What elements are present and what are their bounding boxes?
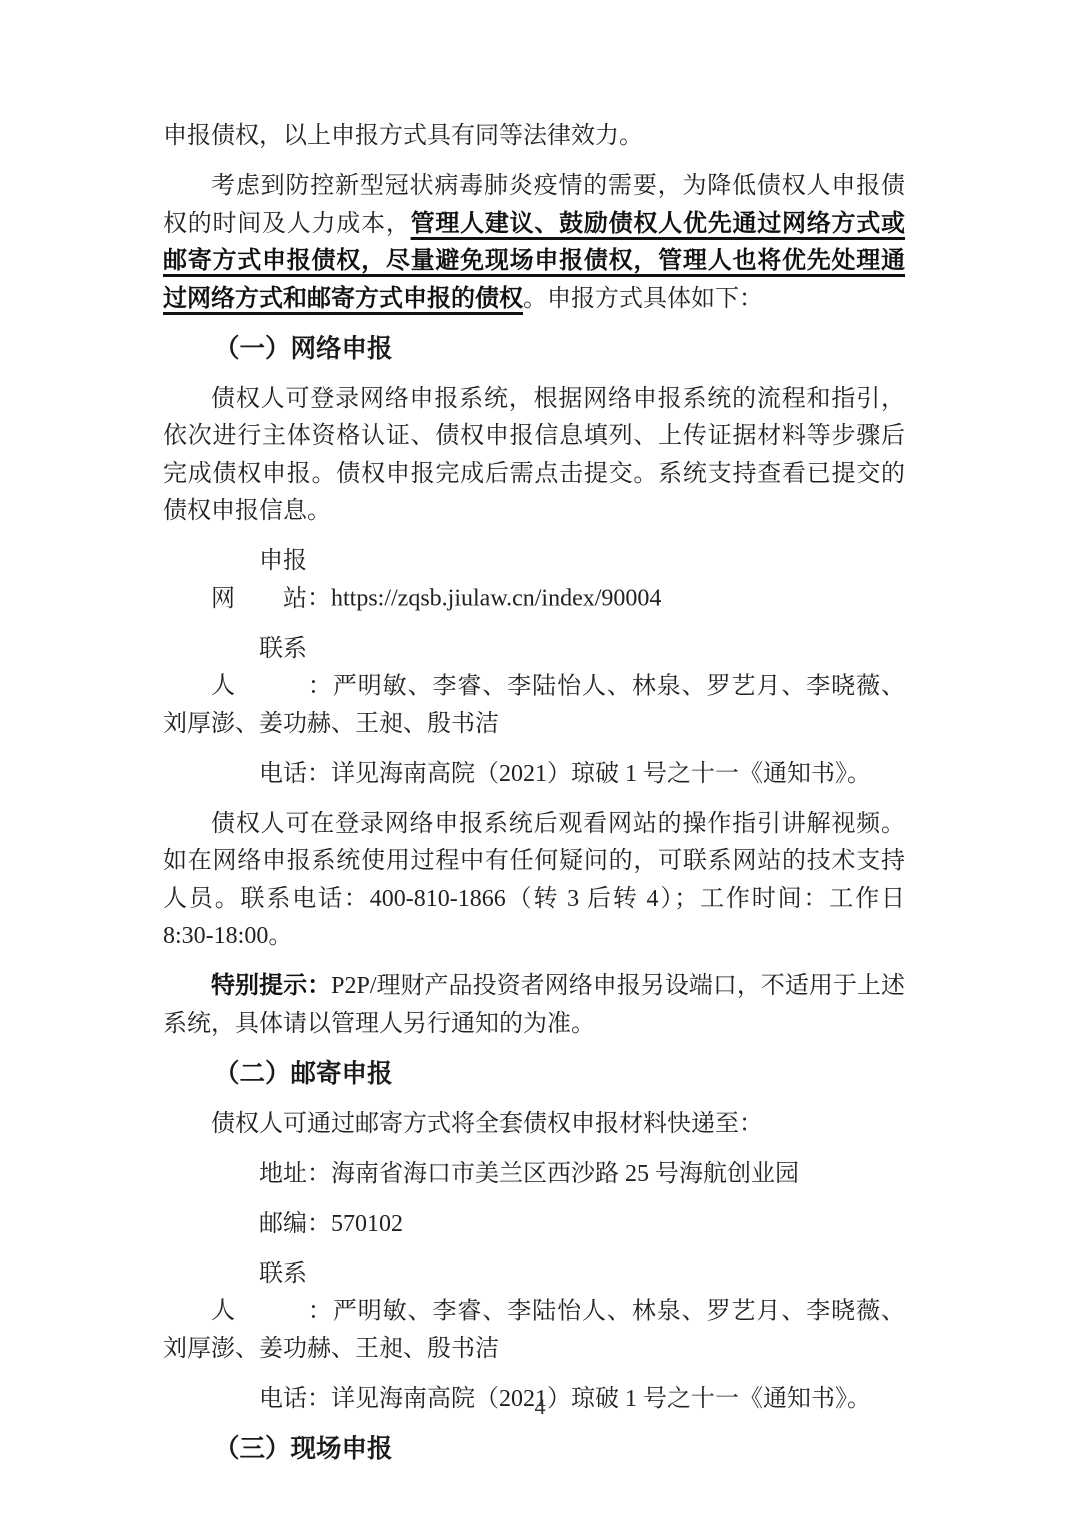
online-contacts-colon: ： <box>307 673 333 699</box>
postcode-colon: ： <box>307 1211 331 1237</box>
paragraph-video-support: 债权人可在登录网络申报系统后观看网站的操作指引讲解视频。如在网络申报系统使用过程… <box>163 806 905 956</box>
online-system-steps-text: 债权人可登录网络申报系统，根据网络申报系统的流程和指引，依次进行主体资格认证、债… <box>163 386 905 525</box>
online-phone-colon: ： <box>307 761 331 787</box>
video-support-text: 债权人可在登录网络申报系统后观看网站的操作指引讲解视频。如在网络申报系统使用过程… <box>163 811 905 950</box>
online-phone-value: 详见海南高院（2021）琼破 1 号之十一《通知书》。 <box>331 761 871 787</box>
mail-intro-text: 债权人可通过邮寄方式将全套债权申报材料快递至： <box>211 1111 763 1137</box>
website-colon: ： <box>307 586 331 612</box>
mail-heading-text: （二）邮寄申报 <box>214 1060 393 1088</box>
mail-contacts-label: 联系人 <box>211 1256 307 1331</box>
paragraph-mail-intro: 债权人可通过邮寄方式将全套债权申报材料快递至： <box>163 1106 905 1144</box>
line-mail-address: 地址：海南省海口市美兰区西沙路 25 号海航创业园 <box>163 1156 905 1194</box>
section-heading-online-declaration: （一）网络申报 <box>163 331 905 369</box>
continuation-text: 申报债权，以上申报方式具有同等法律效力。 <box>163 123 643 149</box>
online-heading-text: （一）网络申报 <box>214 335 393 363</box>
address-colon: ： <box>307 1161 331 1187</box>
paragraph-online-system-steps: 债权人可登录网络申报系统，根据网络申报系统的流程和指引，依次进行主体资格认证、债… <box>163 381 905 531</box>
paragraph-special-notice: 特别提示：P2P/理财产品投资者网络申报另设端口，不适用于上述系统，具体请以管理… <box>163 968 905 1043</box>
special-notice-label: 特别提示： <box>211 973 331 999</box>
address-label: 地址 <box>211 1156 307 1194</box>
postcode-label: 邮编 <box>211 1206 307 1244</box>
website-url: https://zqsb.jiulaw.cn/index/90004 <box>331 586 661 612</box>
online-contacts-label: 联系人 <box>211 631 307 706</box>
section-heading-onsite-declaration: （三）现场申报 <box>163 1431 905 1469</box>
address-value: 海南省海口市美兰区西沙路 25 号海航创业园 <box>331 1161 799 1187</box>
line-online-phone: 电话：详见海南高院（2021）琼破 1 号之十一《通知书》。 <box>163 756 905 794</box>
mail-contacts-colon: ： <box>307 1298 333 1324</box>
paragraph-continuation: 申报债权，以上申报方式具有同等法律效力。 <box>163 118 905 156</box>
section-heading-mail-declaration: （二）邮寄申报 <box>163 1056 905 1094</box>
paragraph-covid-advice: 考虑到防控新型冠状病毒肺炎疫情的需要，为降低债权人申报债权的时间及人力成本，管理… <box>163 168 905 318</box>
postcode-value: 570102 <box>331 1211 403 1237</box>
line-mail-contacts: 联系人：严明敏、李睿、李陆怡人、林泉、罗艺月、李晓薇、刘厚澎、姜功赫、王昶、殷书… <box>163 1256 905 1369</box>
onsite-heading-text: （三）现场申报 <box>214 1435 393 1463</box>
page-number: 4 <box>0 1392 1080 1422</box>
online-phone-label: 电话 <box>211 756 307 794</box>
covid-advice-normal-end: 。申报方式具体如下： <box>523 286 763 312</box>
document-page: 申报债权，以上申报方式具有同等法律效力。 考虑到防控新型冠状病毒肺炎疫情的需要，… <box>0 0 1080 1527</box>
line-online-contacts: 联系人：严明敏、李睿、李陆怡人、林泉、罗艺月、李晓薇、刘厚澎、姜功赫、王昶、殷书… <box>163 631 905 744</box>
line-mail-postcode: 邮编：570102 <box>163 1206 905 1244</box>
website-label: 申报网站 <box>211 543 307 618</box>
line-declaration-website: 申报网站：https://zqsb.jiulaw.cn/index/90004 <box>163 543 905 618</box>
